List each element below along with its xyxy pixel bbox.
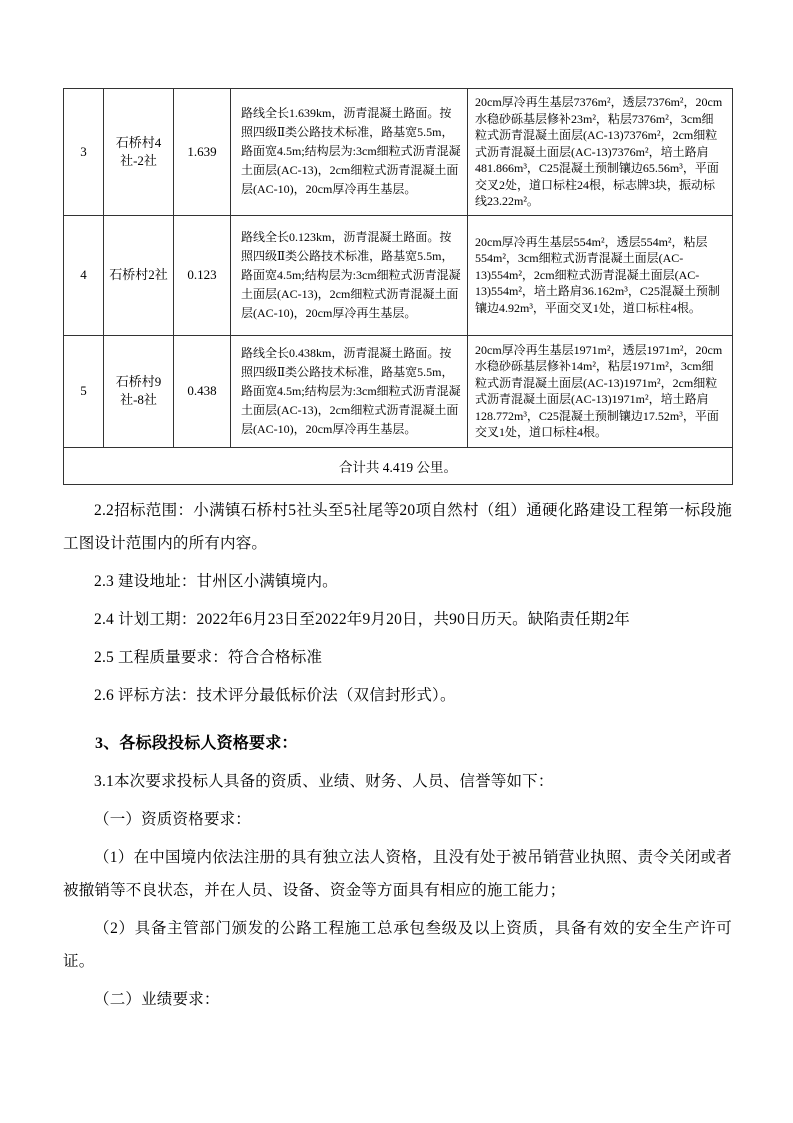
description-cell: 路线全长1.639km，沥青混凝土路面。按照四级Ⅱ类公路技术标准，路基宽5.5m…	[231, 89, 468, 216]
length-cell: 0.123	[174, 215, 231, 335]
clause-quality-requirement: 2.5 工程质量要求：符合合格标准	[63, 641, 732, 674]
clauses-section: 2.2招标范围：小满镇石桥村5社头至5社尾等20项自然村（组）通硬化路建设工程第…	[63, 494, 732, 1016]
length-cell: 0.438	[174, 335, 231, 447]
document-page: 3 石桥村4社-2社 1.639 路线全长1.639km，沥青混凝土路面。按照四…	[0, 0, 793, 1123]
clause-site-address: 2.3 建设地址：甘州区小满镇境内。	[63, 565, 732, 598]
clause-legal-entity: （1）在中国境内依法注册的具有独立法人资格，且没有处于被吊销营业执照、责令关闭或…	[63, 841, 732, 907]
sequence-cell: 5	[64, 335, 104, 447]
quantities-cell: 20cm厚冷再生基层1971m²，透层1971m²，20cm水稳砂砾基层修补14…	[468, 335, 733, 447]
quantities-cell: 20cm厚冷再生基层554m²，透层554m²，粘层554m²，3cm细粒式沥青…	[468, 215, 733, 335]
clause-planned-duration: 2.4 计划工期：2022年6月23日至2022年9月20日，共90日历天。缺陷…	[63, 603, 732, 636]
location-cell: 石桥村4社-2社	[104, 89, 174, 216]
subheading-qualification-requirements: （一）资质资格要求：	[63, 803, 732, 836]
table-row: 3 石桥村4社-2社 1.639 路线全长1.639km，沥青混凝土路面。按照四…	[64, 89, 733, 216]
description-cell: 路线全长0.438km，沥青混凝土路面。按照四级Ⅱ类公路技术标准，路基宽5.5m…	[231, 335, 468, 447]
quantities-cell: 20cm厚冷再生基层7376m²，透层7376m²，20cm水稳砂砾基层修补23…	[468, 89, 733, 216]
sequence-cell: 3	[64, 89, 104, 216]
subheading-performance-requirements: （二）业绩要求：	[63, 983, 732, 1016]
table-row: 5 石桥村9社-8社 0.438 路线全长0.438km，沥青混凝土路面。按照四…	[64, 335, 733, 447]
section-heading-qualifications: 3、各标段投标人资格要求：	[63, 727, 732, 760]
location-cell: 石桥村9社-8社	[104, 335, 174, 447]
clause-bid-scope: 2.2招标范围：小满镇石桥村5社头至5社尾等20项自然村（组）通硬化路建设工程第…	[63, 494, 732, 560]
table-total-row: 合计共 4.419 公里。	[64, 447, 733, 484]
table-row: 4 石桥村2社 0.123 路线全长0.123km，沥青混凝土路面。按照四级Ⅱ类…	[64, 215, 733, 335]
sequence-cell: 4	[64, 215, 104, 335]
length-cell: 1.639	[174, 89, 231, 216]
clause-contractor-grade: （2）具备主管部门颁发的公路工程施工总承包叁级及以上资质，具备有效的安全生产许可…	[63, 912, 732, 978]
road-works-table: 3 石桥村4社-2社 1.639 路线全长1.639km，沥青混凝土路面。按照四…	[63, 88, 733, 485]
clause-bidder-requirements: 3.1本次要求投标人具备的资质、业绩、财务、人员、信誉等如下：	[63, 765, 732, 798]
location-cell: 石桥村2社	[104, 215, 174, 335]
clause-evaluation-method: 2.6 评标方法：技术评分最低标价法（双信封形式）。	[63, 679, 732, 712]
description-cell: 路线全长0.123km，沥青混凝土路面。按照四级Ⅱ类公路技术标准，路基宽5.5m…	[231, 215, 468, 335]
total-length-cell: 合计共 4.419 公里。	[64, 447, 733, 484]
